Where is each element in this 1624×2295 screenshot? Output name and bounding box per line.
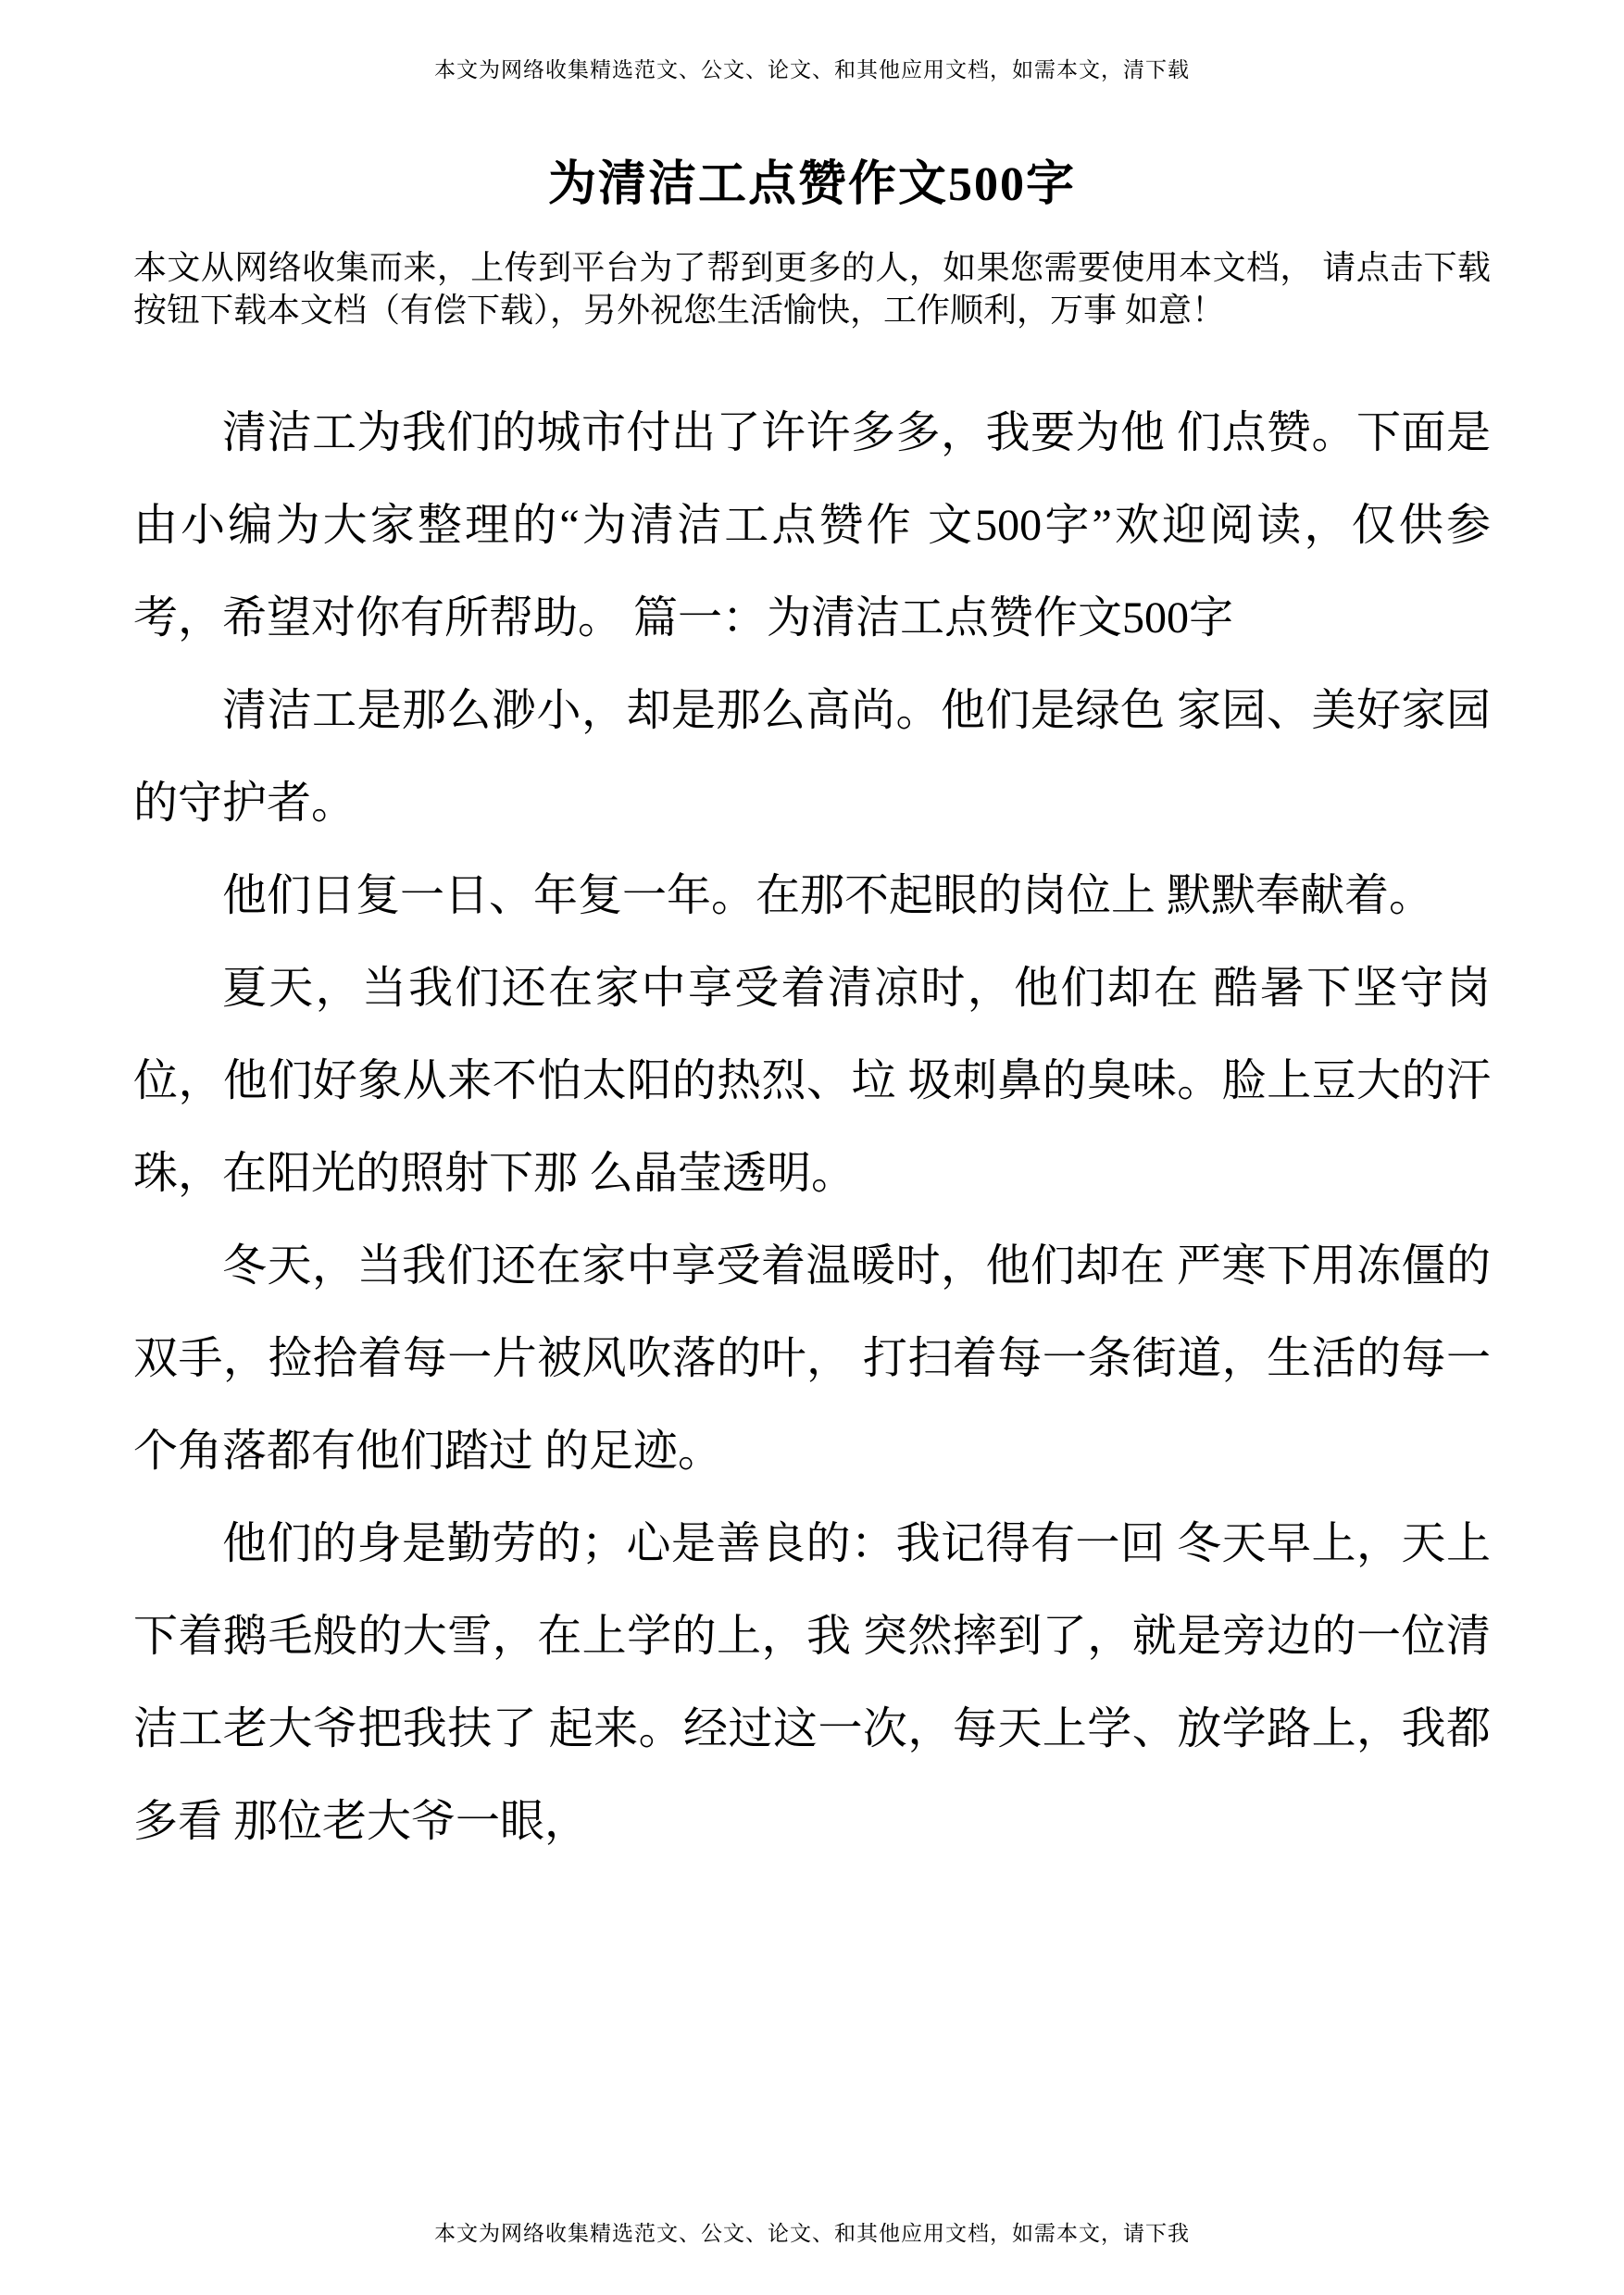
essay-paragraph: 他们日复一日、年复一年。在那不起眼的岗位上 默默奉献着。 [133, 850, 1491, 942]
intro-paragraph: 本文从网络收集而来，上传到平台为了帮到更多的人，如果您需要使用本文档， 请点击下… [133, 246, 1491, 331]
essay-paragraph: 冬天，当我们还在家中享受着温暖时，他们却在 严寒下用冻僵的双手，捡拾着每一片被风… [133, 1220, 1491, 1498]
essay-paragraph: 清洁工为我们的城市付出了许许多多，我要为他 们点赞。下面是由小编为大家整理的“为… [133, 387, 1491, 665]
page-title: 为清洁工点赞作文500字 [133, 144, 1491, 214]
header-note: 本文为网络收集精选范文、公文、论文、和其他应用文档，如需本文，清下载 [133, 0, 1491, 83]
essay-body: 清洁工为我们的城市付出了许许多多，我要为他 们点赞。下面是由小编为大家整理的“为… [133, 387, 1491, 1868]
essay-paragraph: 清洁工是那么渺小，却是那么高尚。他们是绿色 家园、美好家园的守护者。 [133, 665, 1491, 850]
essay-paragraph: 夏天，当我们还在家中享受着清凉时，他们却在 酷暑下坚守岗位，他们好象从来不怕太阳… [133, 942, 1491, 1220]
essay-paragraph: 他们的身是勤劳的；心是善良的：我记得有一回 冬天早上，天上下着鹅毛般的大雪，在上… [133, 1498, 1491, 1868]
footer-note: 本文为网络收集精选范文、公文、论文、和其他应用文档，如需本文，请下我 [0, 2216, 1624, 2247]
document-page: 本文为网络收集精选范文、公文、论文、和其他应用文档，如需本文，清下载 为清洁工点… [0, 0, 1624, 2295]
